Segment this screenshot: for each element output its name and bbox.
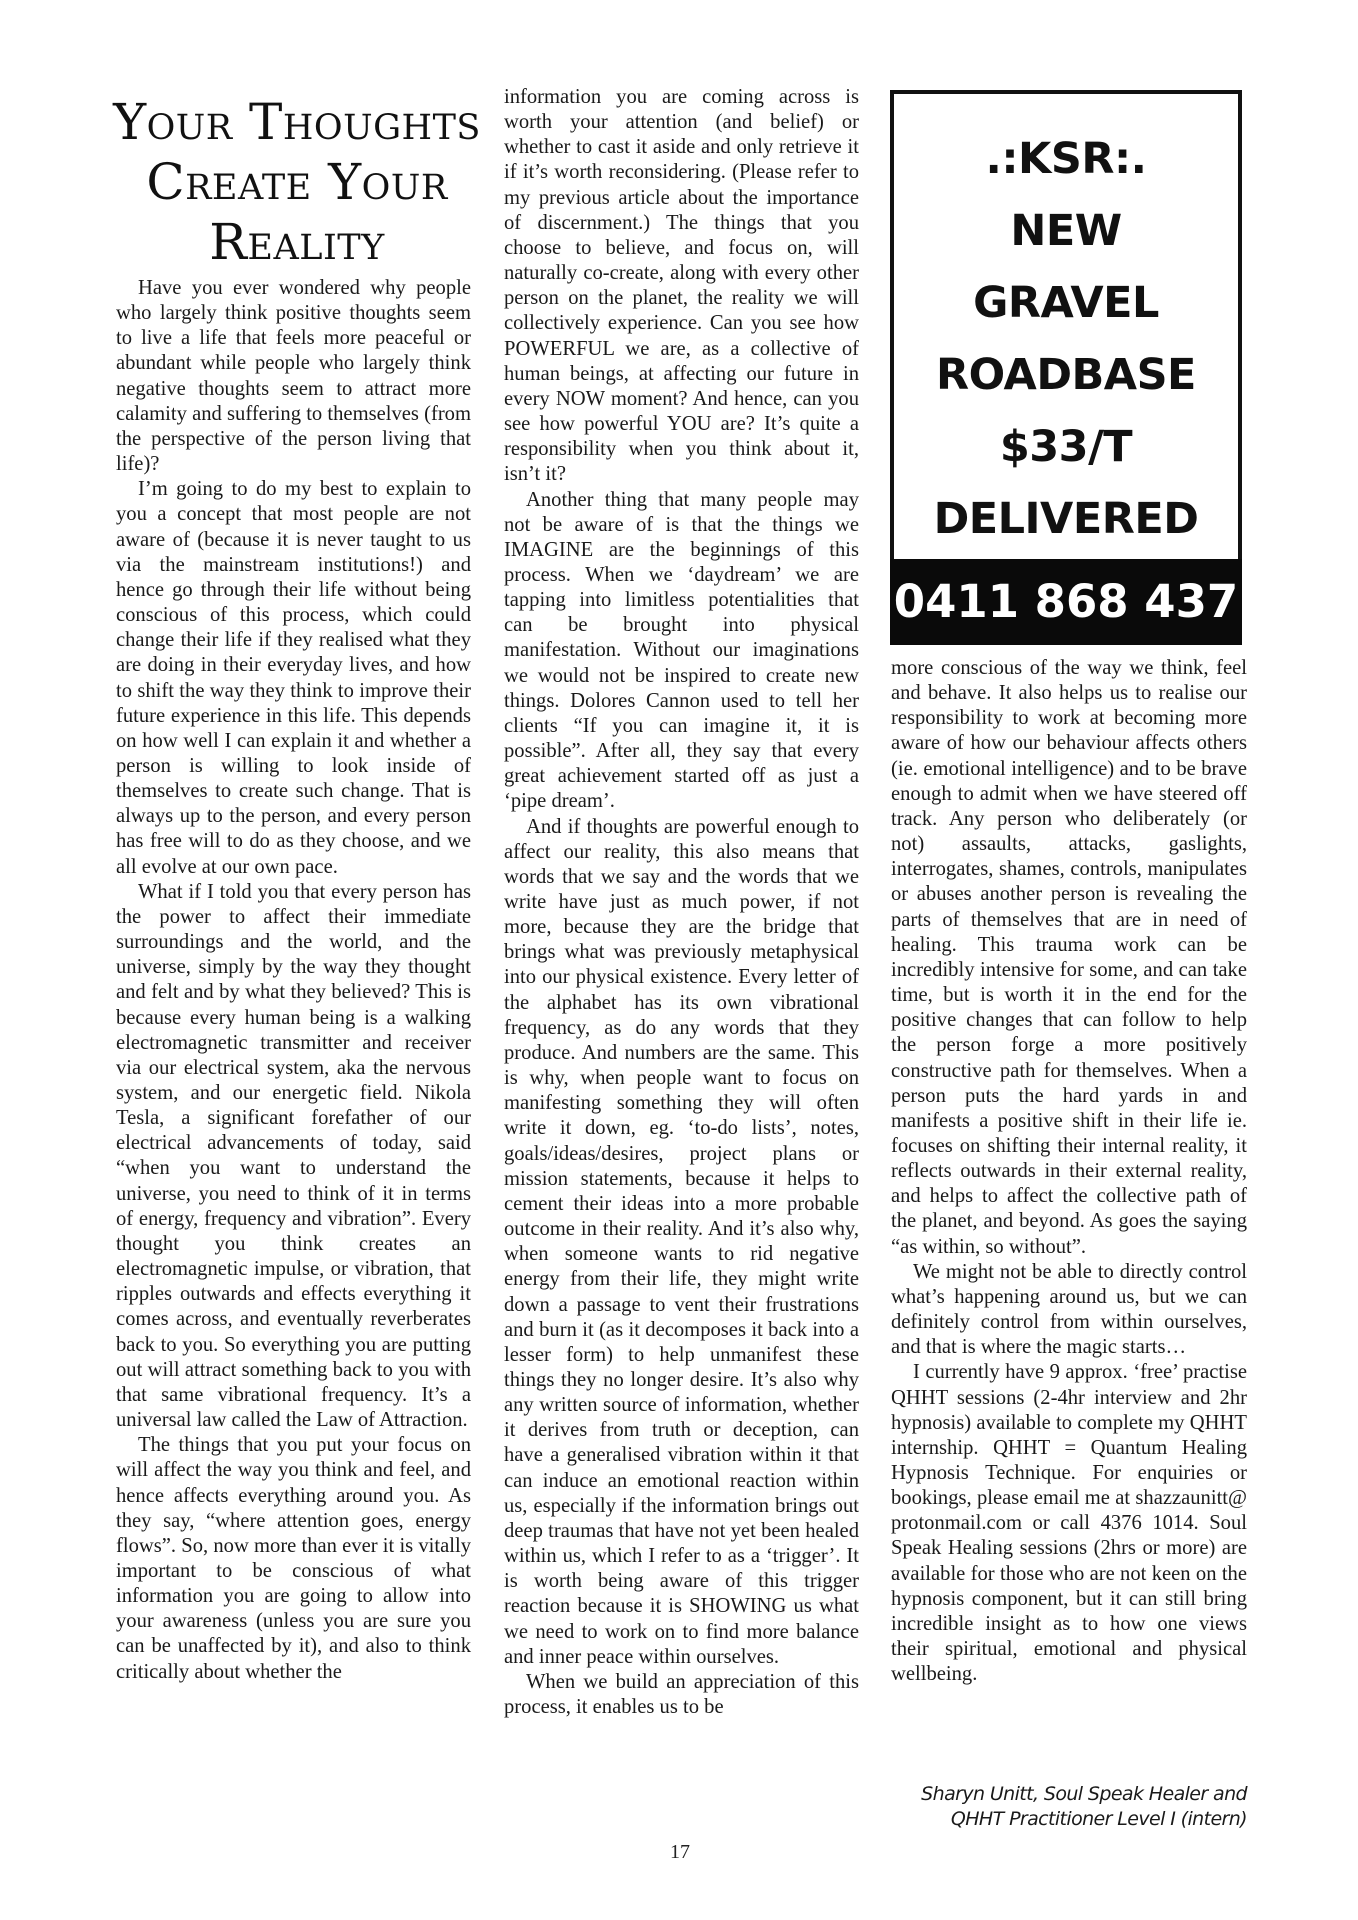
paragraph: We might not be able to directly control… (891, 1260, 1247, 1361)
signature-line-1: Sharyn Unitt, Soul Speak Healer and (891, 1782, 1247, 1807)
paragraph: more conscious of the way we think, feel… (891, 656, 1247, 1260)
signature-line-2: QHHT Practitioner Level I (intern) (891, 1807, 1247, 1832)
ad-line: DELIVERED (894, 494, 1238, 544)
ad-brand: .:KSR:. (894, 134, 1238, 184)
article-title: Your Thoughts Create Your Reality (112, 92, 482, 272)
author-signature: Sharyn Unitt, Soul Speak Healer and QHHT… (891, 1782, 1247, 1832)
paragraph: information you are coming across is wor… (504, 85, 859, 488)
article-column-1: Have you ever wondered why people who la… (116, 276, 471, 1685)
ad-line: ROADBASE (894, 350, 1238, 400)
paragraph: Another thing that many people may not b… (504, 488, 859, 815)
paragraph: I’m going to do my best to explain to yo… (116, 477, 471, 880)
paragraph: The things that you put your focus on wi… (116, 1433, 471, 1685)
paragraph: Have you ever wondered why people who la… (116, 276, 471, 477)
article-column-2: information you are coming across is wor… (504, 85, 859, 1720)
ad-line: NEW (894, 206, 1238, 256)
paragraph: When we build an appreciation of this pr… (504, 1670, 859, 1720)
title-line-2: Create Your (112, 152, 482, 212)
ad-phone-number: 0411 868 437 (890, 559, 1242, 645)
paragraph: What if I told you that every person has… (116, 880, 471, 1433)
paragraph: I currently have 9 approx. ‘free’ practi… (891, 1360, 1247, 1687)
ad-line: GRAVEL (894, 278, 1238, 328)
ad-price: $33/T (894, 422, 1238, 472)
article-column-3: more conscious of the way we think, feel… (891, 656, 1247, 1687)
page-number: 17 (640, 1840, 720, 1864)
title-line-3: Reality (112, 212, 482, 272)
title-line-1: Your Thoughts (112, 92, 482, 152)
paragraph: And if thoughts are powerful enough to a… (504, 815, 859, 1670)
gravel-advertisement: .:KSR:. NEW GRAVEL ROADBASE $33/T DELIVE… (890, 90, 1242, 645)
